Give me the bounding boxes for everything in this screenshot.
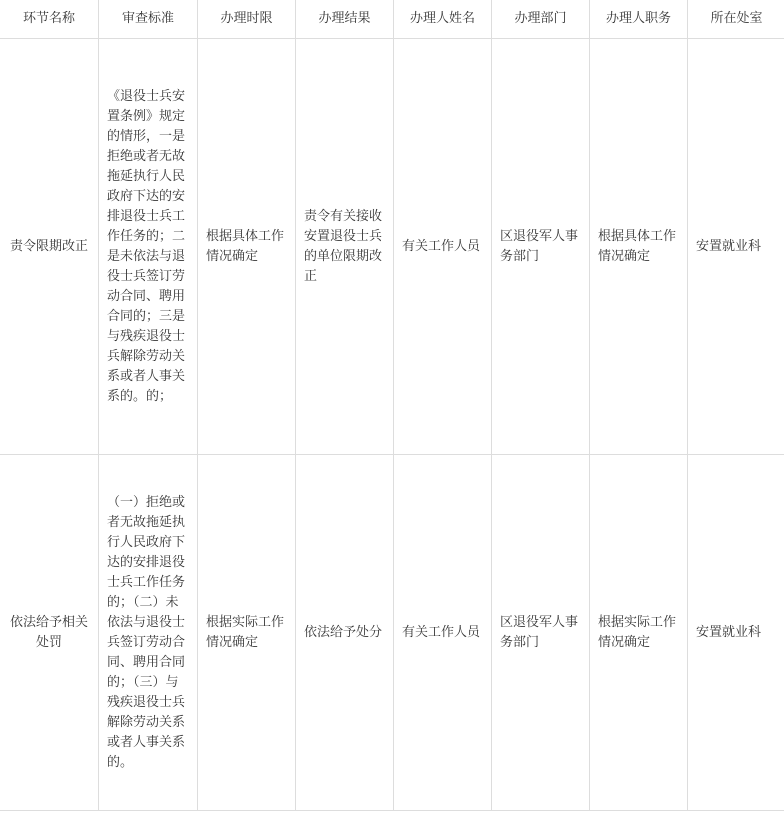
- header-result: 办理结果: [296, 0, 394, 39]
- cell-handler-position: 根据具体工作情况确定: [590, 39, 688, 455]
- cell-result: 责令有关接收安置退役士兵的单位限期改正: [296, 39, 394, 455]
- cell-office: 安置就业科: [688, 39, 784, 455]
- header-office: 所在处室: [688, 0, 784, 39]
- cell-review-criteria: 《退役士兵安置条例》规定的情形，一是拒绝或者无故拖延执行人民政府下达的安排退役士…: [99, 39, 198, 455]
- cell-stage-name: 责令限期改正: [0, 39, 99, 455]
- cell-time-limit: 根据实际工作情况确定: [198, 455, 296, 811]
- procedure-table: 环节名称 审查标准 办理时限 办理结果 办理人姓名 办理部门 办理人职务 所在处…: [0, 0, 784, 811]
- header-handler-position: 办理人职务: [590, 0, 688, 39]
- cell-handler-position: 根据实际工作情况确定: [590, 455, 688, 811]
- cell-time-limit: 根据具体工作情况确定: [198, 39, 296, 455]
- header-department: 办理部门: [492, 0, 590, 39]
- header-stage-name: 环节名称: [0, 0, 99, 39]
- header-handler-name: 办理人姓名: [394, 0, 492, 39]
- cell-stage-name: 依法给予相关处罚: [0, 455, 99, 811]
- header-time-limit: 办理时限: [198, 0, 296, 39]
- cell-result: 依法给予处分: [296, 455, 394, 811]
- table-row: 依法给予相关处罚 （一）拒绝或者无故拖延执行人民政府下达的安排退役士兵工作任务的…: [0, 455, 784, 811]
- cell-office: 安置就业科: [688, 455, 784, 811]
- cell-handler-name: 有关工作人员: [394, 455, 492, 811]
- cell-department: 区退役军人事务部门: [492, 455, 590, 811]
- cell-review-criteria: （一）拒绝或者无故拖延执行人民政府下达的安排退役士兵工作任务的；（二）未依法与退…: [99, 455, 198, 811]
- header-row: 环节名称 审查标准 办理时限 办理结果 办理人姓名 办理部门 办理人职务 所在处…: [0, 0, 784, 39]
- cell-handler-name: 有关工作人员: [394, 39, 492, 455]
- cell-department: 区退役军人事务部门: [492, 39, 590, 455]
- header-review-criteria: 审查标准: [99, 0, 198, 39]
- table-row: 责令限期改正 《退役士兵安置条例》规定的情形，一是拒绝或者无故拖延执行人民政府下…: [0, 39, 784, 455]
- table-header: 环节名称 审查标准 办理时限 办理结果 办理人姓名 办理部门 办理人职务 所在处…: [0, 0, 784, 39]
- table-body: 责令限期改正 《退役士兵安置条例》规定的情形，一是拒绝或者无故拖延执行人民政府下…: [0, 39, 784, 811]
